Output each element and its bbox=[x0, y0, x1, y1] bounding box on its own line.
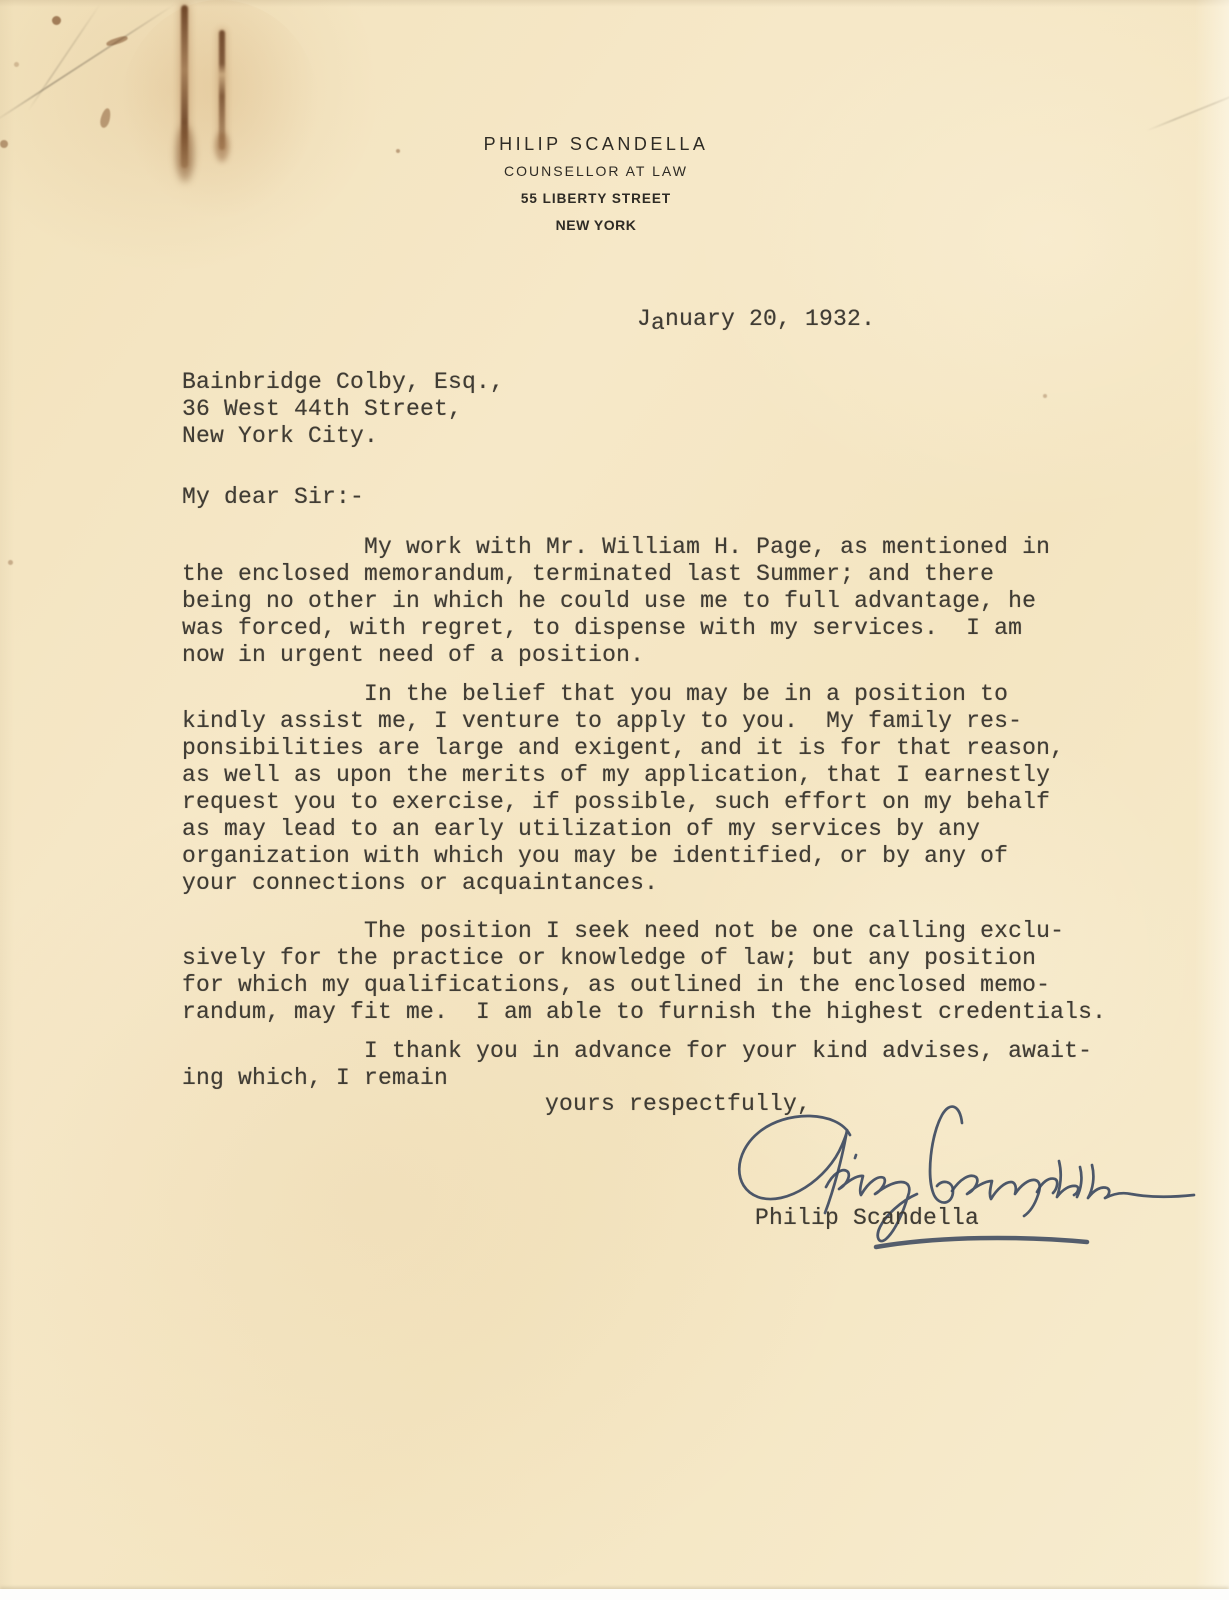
signature-scandella-stroke bbox=[1037, 1161, 1194, 1198]
typed-name: Philip Scandella bbox=[755, 1205, 979, 1232]
body-line: My work with Mr. William H. Page, as men… bbox=[182, 534, 1050, 561]
ink-speck bbox=[106, 35, 129, 48]
ink-speck bbox=[99, 107, 113, 129]
recipient-line: Bainbridge Colby, Esq., bbox=[182, 369, 504, 396]
paper-crease bbox=[1146, 91, 1229, 132]
date-line: January 20, 1932. bbox=[637, 306, 875, 333]
signature-philip-stroke bbox=[739, 1116, 850, 1213]
body-line: kindly assist me, I venture to apply to … bbox=[182, 708, 1064, 735]
body-line: sively for the practice or knowledge of … bbox=[182, 945, 1106, 972]
paragraph-4: I thank you in advance for your kind adv… bbox=[182, 1038, 1092, 1092]
letterhead-name: PHILIP SCANDELLA bbox=[0, 131, 1192, 158]
recipient-line: New York City. bbox=[182, 423, 504, 450]
ink-speck bbox=[52, 16, 61, 25]
body-line: ing which, I remain bbox=[182, 1065, 1092, 1092]
body-line: as well as upon the merits of my applica… bbox=[182, 762, 1064, 789]
paragraph-3: The position I seek need not be one call… bbox=[182, 918, 1106, 1026]
body-line: the enclosed memorandum, terminated last… bbox=[182, 561, 1050, 588]
letterhead-street: 55 LIBERTY STREET bbox=[0, 185, 1192, 212]
body-line: request you to exercise, if possible, su… bbox=[182, 789, 1064, 816]
body-line: now in urgent need of a position. bbox=[182, 642, 1050, 669]
body-line: your connections or acquaintances. bbox=[182, 870, 1064, 897]
body-line: In the belief that you may be in a posit… bbox=[182, 681, 1064, 708]
recipient-line: 36 West 44th Street, bbox=[182, 396, 504, 423]
closing: yours respectfully, bbox=[545, 1091, 811, 1118]
body-line: The position I seek need not be one call… bbox=[182, 918, 1106, 945]
letter-page: PHILIP SCANDELLA COUNSELLOR AT LAW 55 LI… bbox=[0, 0, 1229, 1600]
letterhead: PHILIP SCANDELLA COUNSELLOR AT LAW 55 LI… bbox=[0, 131, 1192, 239]
scanner-background bbox=[0, 1589, 1229, 1600]
body-line: organization with which you may be ident… bbox=[182, 843, 1064, 870]
paragraph-1: My work with Mr. William H. Page, as men… bbox=[182, 534, 1050, 669]
letterhead-city: NEW YORK bbox=[0, 212, 1192, 239]
paper-crease bbox=[27, 3, 101, 112]
signature-underline bbox=[876, 1238, 1087, 1247]
body-line: I thank you in advance for your kind adv… bbox=[182, 1038, 1092, 1065]
recipient-block: Bainbridge Colby, Esq.,36 West 44th Stre… bbox=[182, 369, 504, 450]
salutation: My dear Sir:- bbox=[182, 484, 364, 511]
ink-speck bbox=[8, 560, 13, 565]
letterhead-title: COUNSELLOR AT LAW bbox=[0, 158, 1192, 185]
body-line: being no other in which he could use me … bbox=[182, 588, 1050, 615]
body-line: for which my qualifications, as outlined… bbox=[182, 972, 1106, 999]
ink-speck bbox=[1043, 394, 1047, 398]
body-line: ponsibilities are large and exigent, and… bbox=[182, 735, 1064, 762]
body-line: was forced, with regret, to dispense wit… bbox=[182, 615, 1050, 642]
signature-scandella-stroke bbox=[930, 1107, 962, 1203]
paragraph-2: In the belief that you may be in a posit… bbox=[182, 681, 1064, 897]
body-line: randum, may fit me. I am able to furnish… bbox=[182, 999, 1106, 1026]
ink-speck bbox=[14, 62, 19, 67]
paper-crease bbox=[0, 3, 175, 123]
signature-i-dot bbox=[855, 1155, 856, 1158]
body-line: as may lead to an early utilization of m… bbox=[182, 816, 1064, 843]
